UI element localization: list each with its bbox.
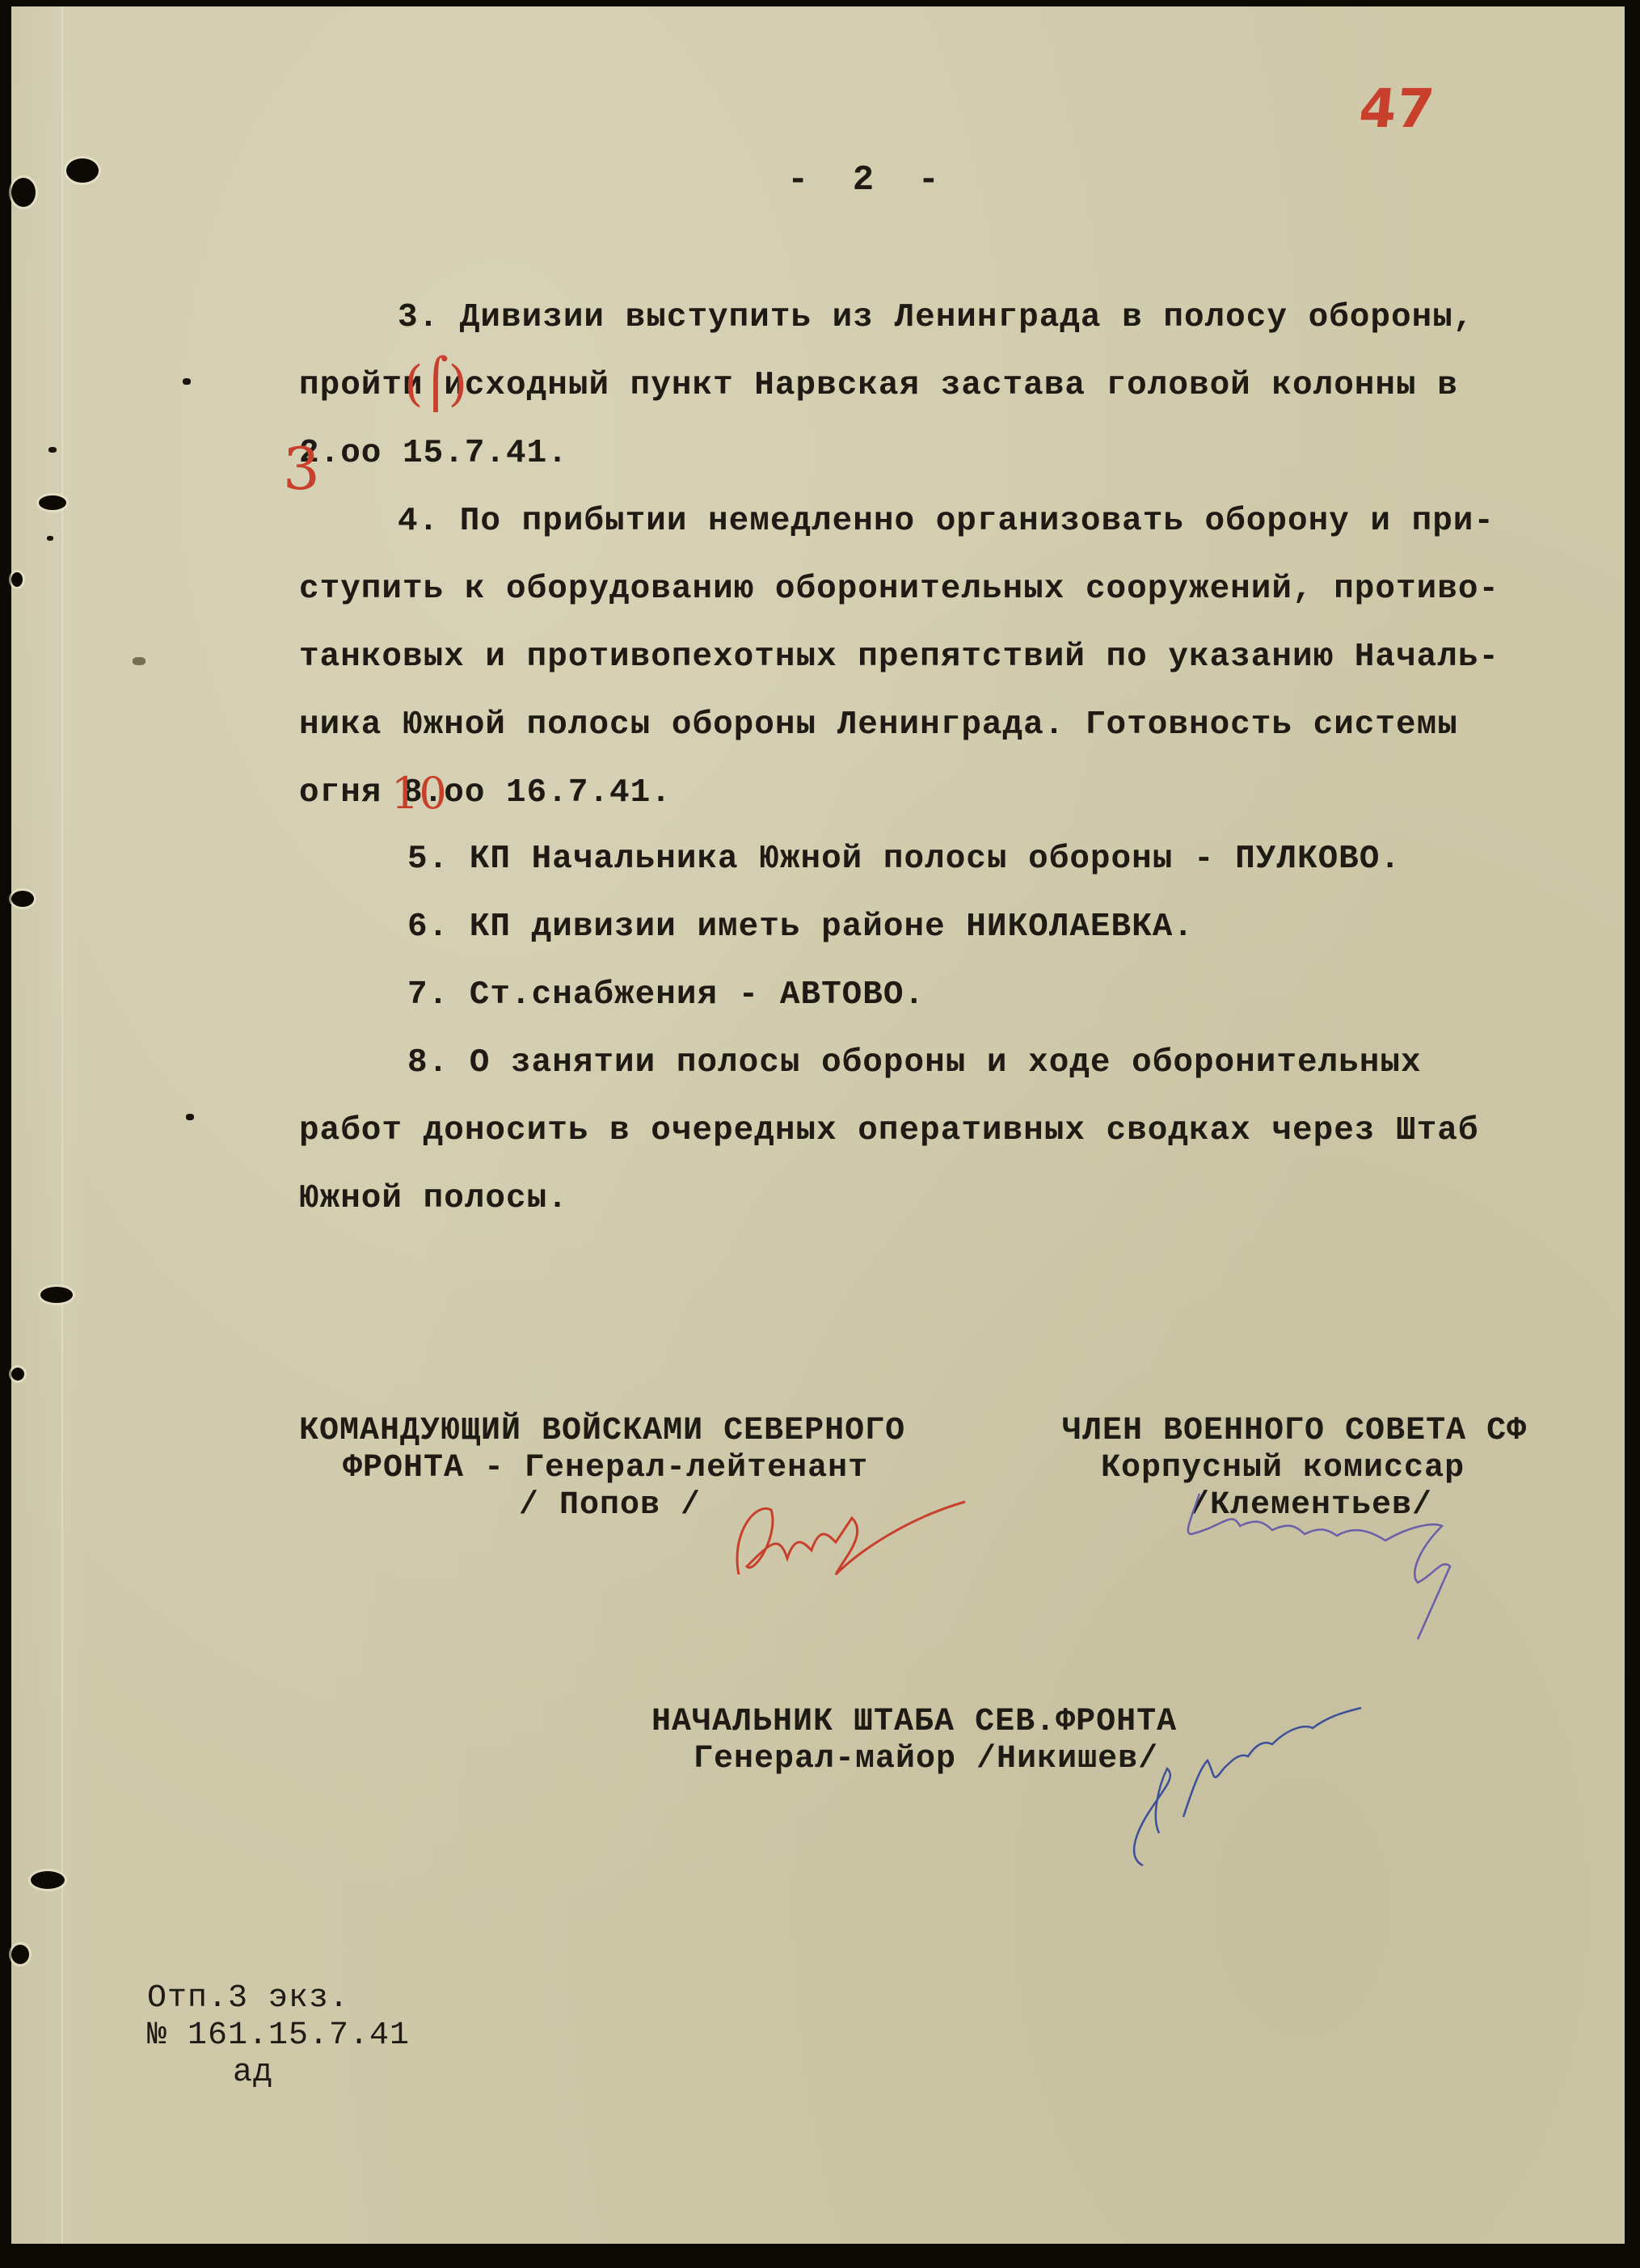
paragraph-4-line-5: огня 8.оо 16.7.41.	[299, 774, 672, 812]
paragraph-6: 6. КП дивизии иметь районе НИКОЛАЕВКА.	[407, 908, 1194, 946]
binding-hole	[11, 1368, 24, 1381]
document-page: - 2 - 47 3. Дивизии выступить из Ленингр…	[11, 6, 1625, 2244]
council-member-title: ЧЛЕН ВОЕННОГО СОВЕТА СФ	[1062, 1413, 1527, 1450]
binding-hole	[11, 891, 34, 907]
paragraph-8-line-2: работ доносить в очередных оперативных с…	[299, 1112, 1478, 1149]
hour-correction-3: 3	[283, 435, 320, 503]
paragraph-4-line-4: ника Южной полосы обороны Ленинграда. Го…	[299, 706, 1458, 744]
paragraph-4-line-3: танковых и противопехотных препятствий п…	[299, 639, 1499, 676]
paragraph-7: 7. Ст.снабжения - АВТОВО.	[407, 976, 925, 1014]
typist-initials: ад	[233, 2055, 273, 2092]
binding-hole	[11, 1945, 29, 1964]
chief-of-staff-title: НАЧАЛЬНИК ШТАБА СЕВ.ФРОНТА	[651, 1704, 1177, 1741]
page-number: - 2 -	[787, 160, 951, 200]
paragraph-8-line-1: 8. О занятии полосы обороны и ходе оборо…	[407, 1044, 1422, 1081]
paragraph-5: 5. КП Начальника Южной полосы обороны - …	[407, 841, 1401, 878]
paragraph-3-line-3: 2.оо 15.7.41.	[299, 435, 568, 472]
paper-speck	[133, 657, 145, 665]
binding-hole	[31, 1871, 65, 1889]
paragraph-3-line-1: 3. Дивизии выступить из Ленинграда в пол…	[398, 299, 1473, 336]
binding-hole	[11, 178, 36, 207]
paper-speck	[183, 378, 191, 385]
paragraph-3-line-2: пройти исходный пункт Нарвская застава г…	[299, 367, 1458, 404]
paper-speck	[186, 1114, 194, 1120]
archive-folio-mark: 47	[1356, 78, 1437, 140]
commander-signature	[723, 1486, 981, 1591]
binding-hole	[39, 495, 66, 510]
copies-note: Отп.3 экз.	[147, 1980, 349, 2017]
commander-rank: ФРОНТА - Генерал-лейтенант	[343, 1450, 868, 1487]
paragraph-4-line-2: ступить к оборудованию оборонительных со…	[299, 571, 1499, 608]
document-number: № 161.15.7.41	[147, 2017, 410, 2055]
chief-of-staff-signature	[1119, 1696, 1377, 1874]
paper-speck	[47, 536, 53, 541]
paragraph-4-line-1: 4. По прибытии немедленно организовать о…	[398, 503, 1495, 540]
commander-title: КОМАНДУЮЩИЙ ВОЙСКАМИ СЕВЕРНОГО	[299, 1413, 905, 1450]
council-member-signature	[1175, 1478, 1547, 1647]
binding-hole	[11, 572, 23, 587]
binding-hole	[40, 1287, 73, 1303]
chief-of-staff-rank-name: Генерал-майор /Никишев/	[694, 1741, 1158, 1778]
paper-fold	[61, 6, 63, 2244]
binding-hole	[66, 158, 99, 183]
correction-mark-paragraph-3: (⌠)	[404, 356, 467, 412]
hour-correction-4: 10	[391, 768, 447, 819]
paper-speck	[48, 447, 57, 453]
commander-name: / Попов /	[519, 1487, 701, 1524]
paragraph-8-line-3: Южной полосы.	[299, 1180, 568, 1217]
